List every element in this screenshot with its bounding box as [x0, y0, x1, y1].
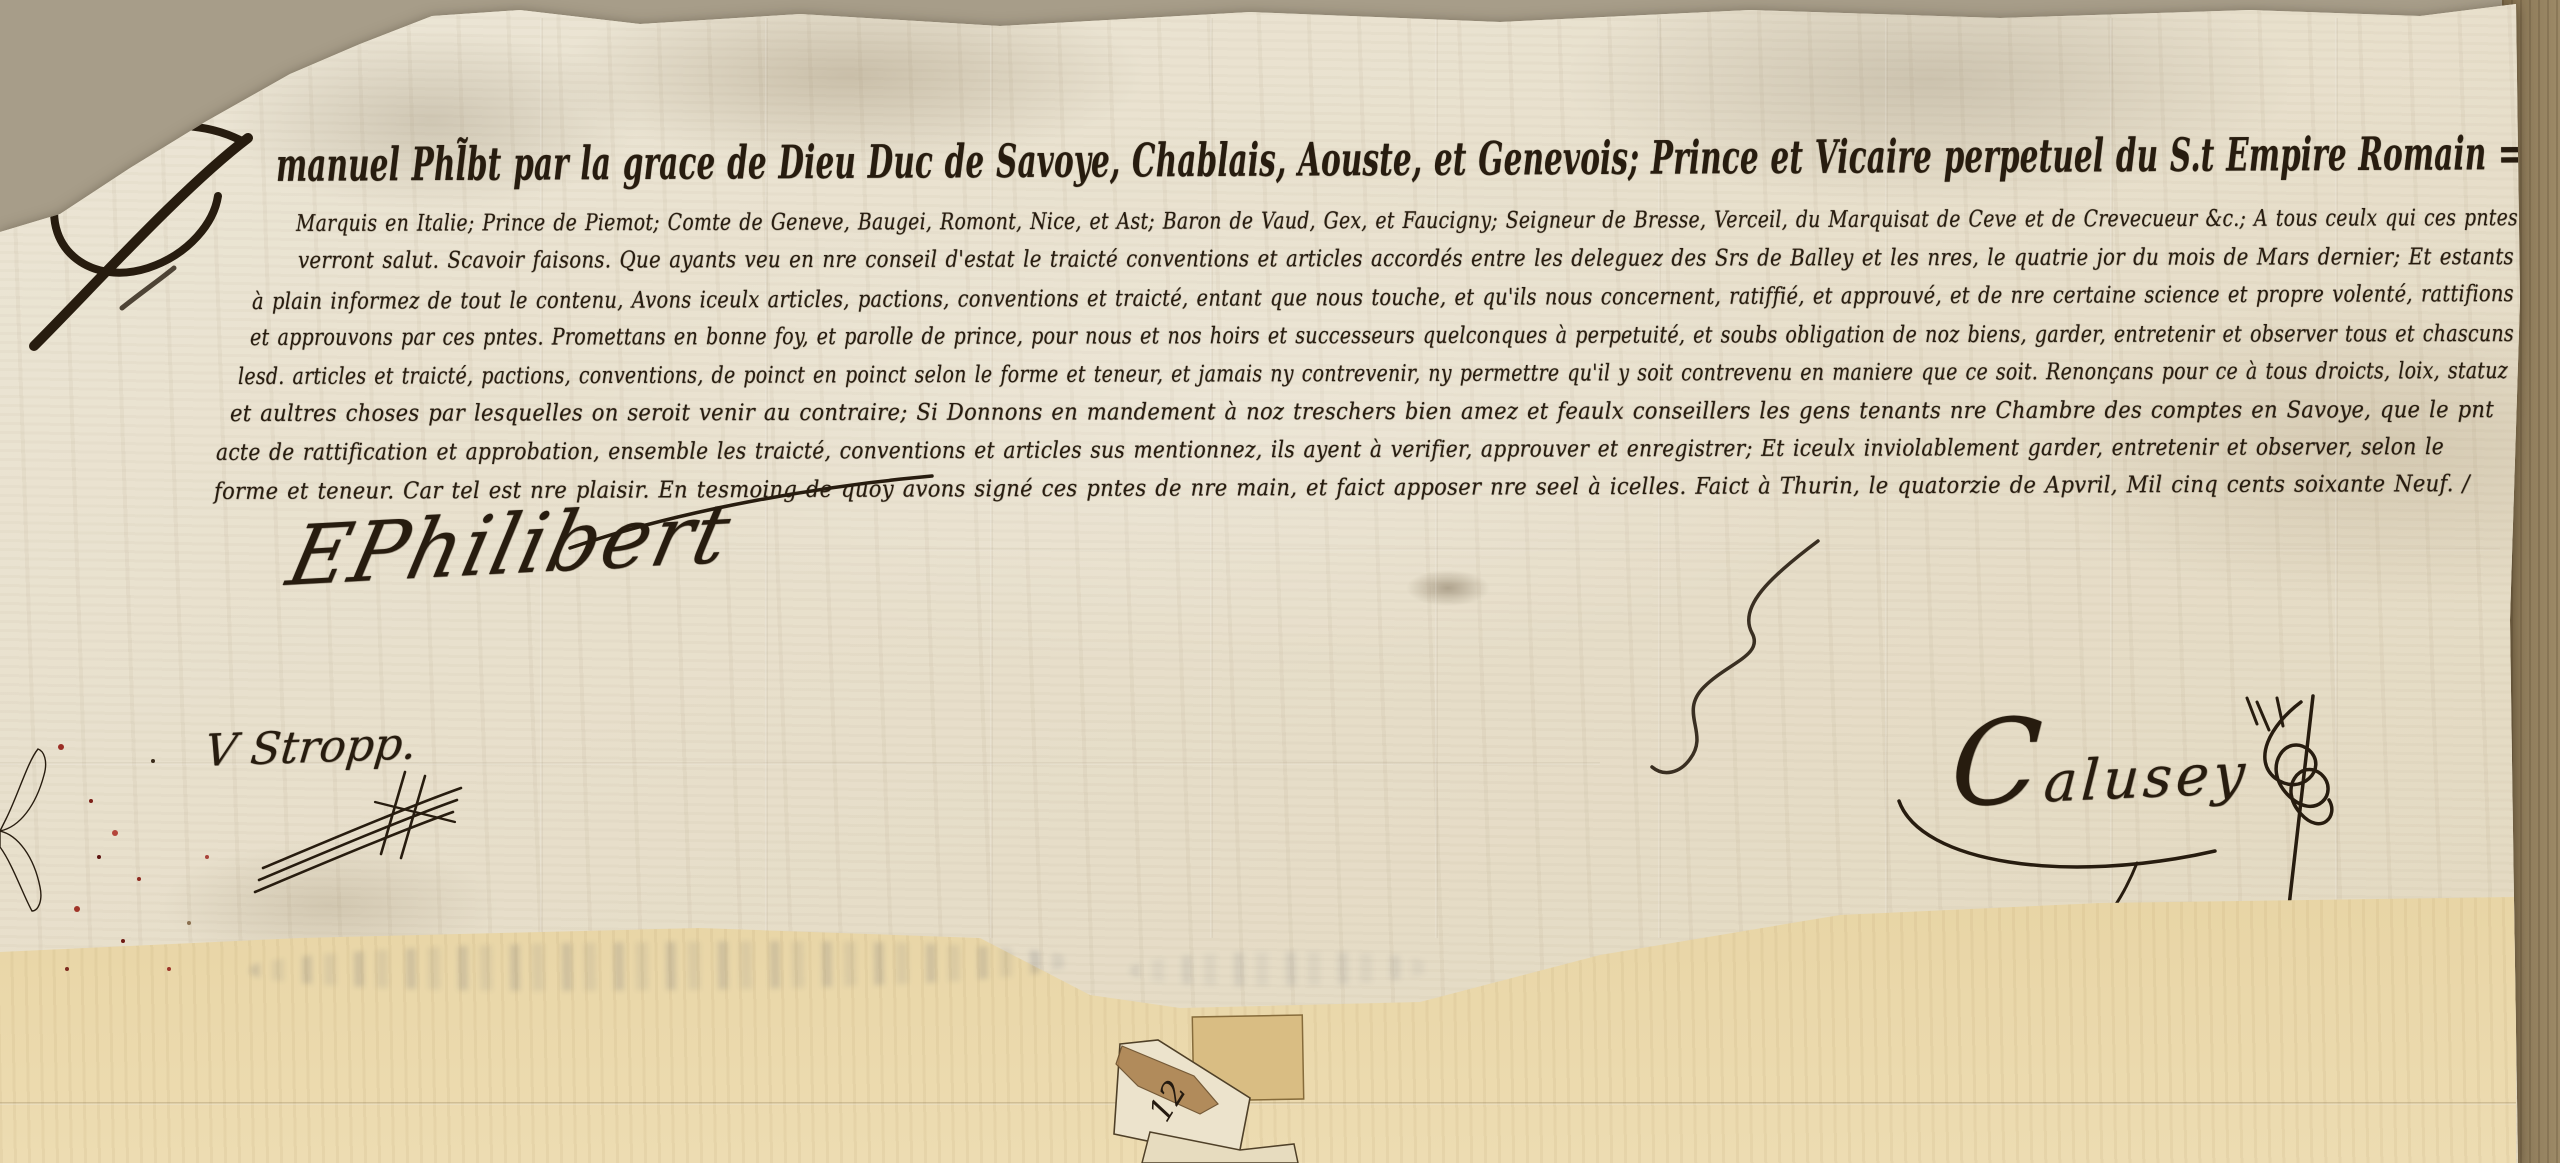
- ink-squiggle: [1620, 535, 1840, 785]
- parchment-sheet: manuel Phl̃bt par la grace de Dieu Duc d…: [0, 0, 2560, 1163]
- paraph-flourish: [2205, 692, 2365, 922]
- calligraphic-initial-flourish: [22, 118, 272, 358]
- document-scan: manuel Phl̃bt par la grace de Dieu Duc d…: [0, 0, 2560, 1163]
- wax-speckles: [55, 735, 59, 739]
- seal-tag-assembly: 12: [1080, 1000, 1350, 1163]
- text-line-1: manuel Phl̃bt par la grace de Dieu Duc d…: [276, 126, 2523, 178]
- signature-flourish: [560, 468, 940, 558]
- hatch-flourish: [255, 768, 475, 898]
- ghost-writing-smudge: [1130, 950, 1430, 987]
- seal-tongue-remnant: [0, 735, 64, 925]
- fold-crease: [700, 548, 2500, 551]
